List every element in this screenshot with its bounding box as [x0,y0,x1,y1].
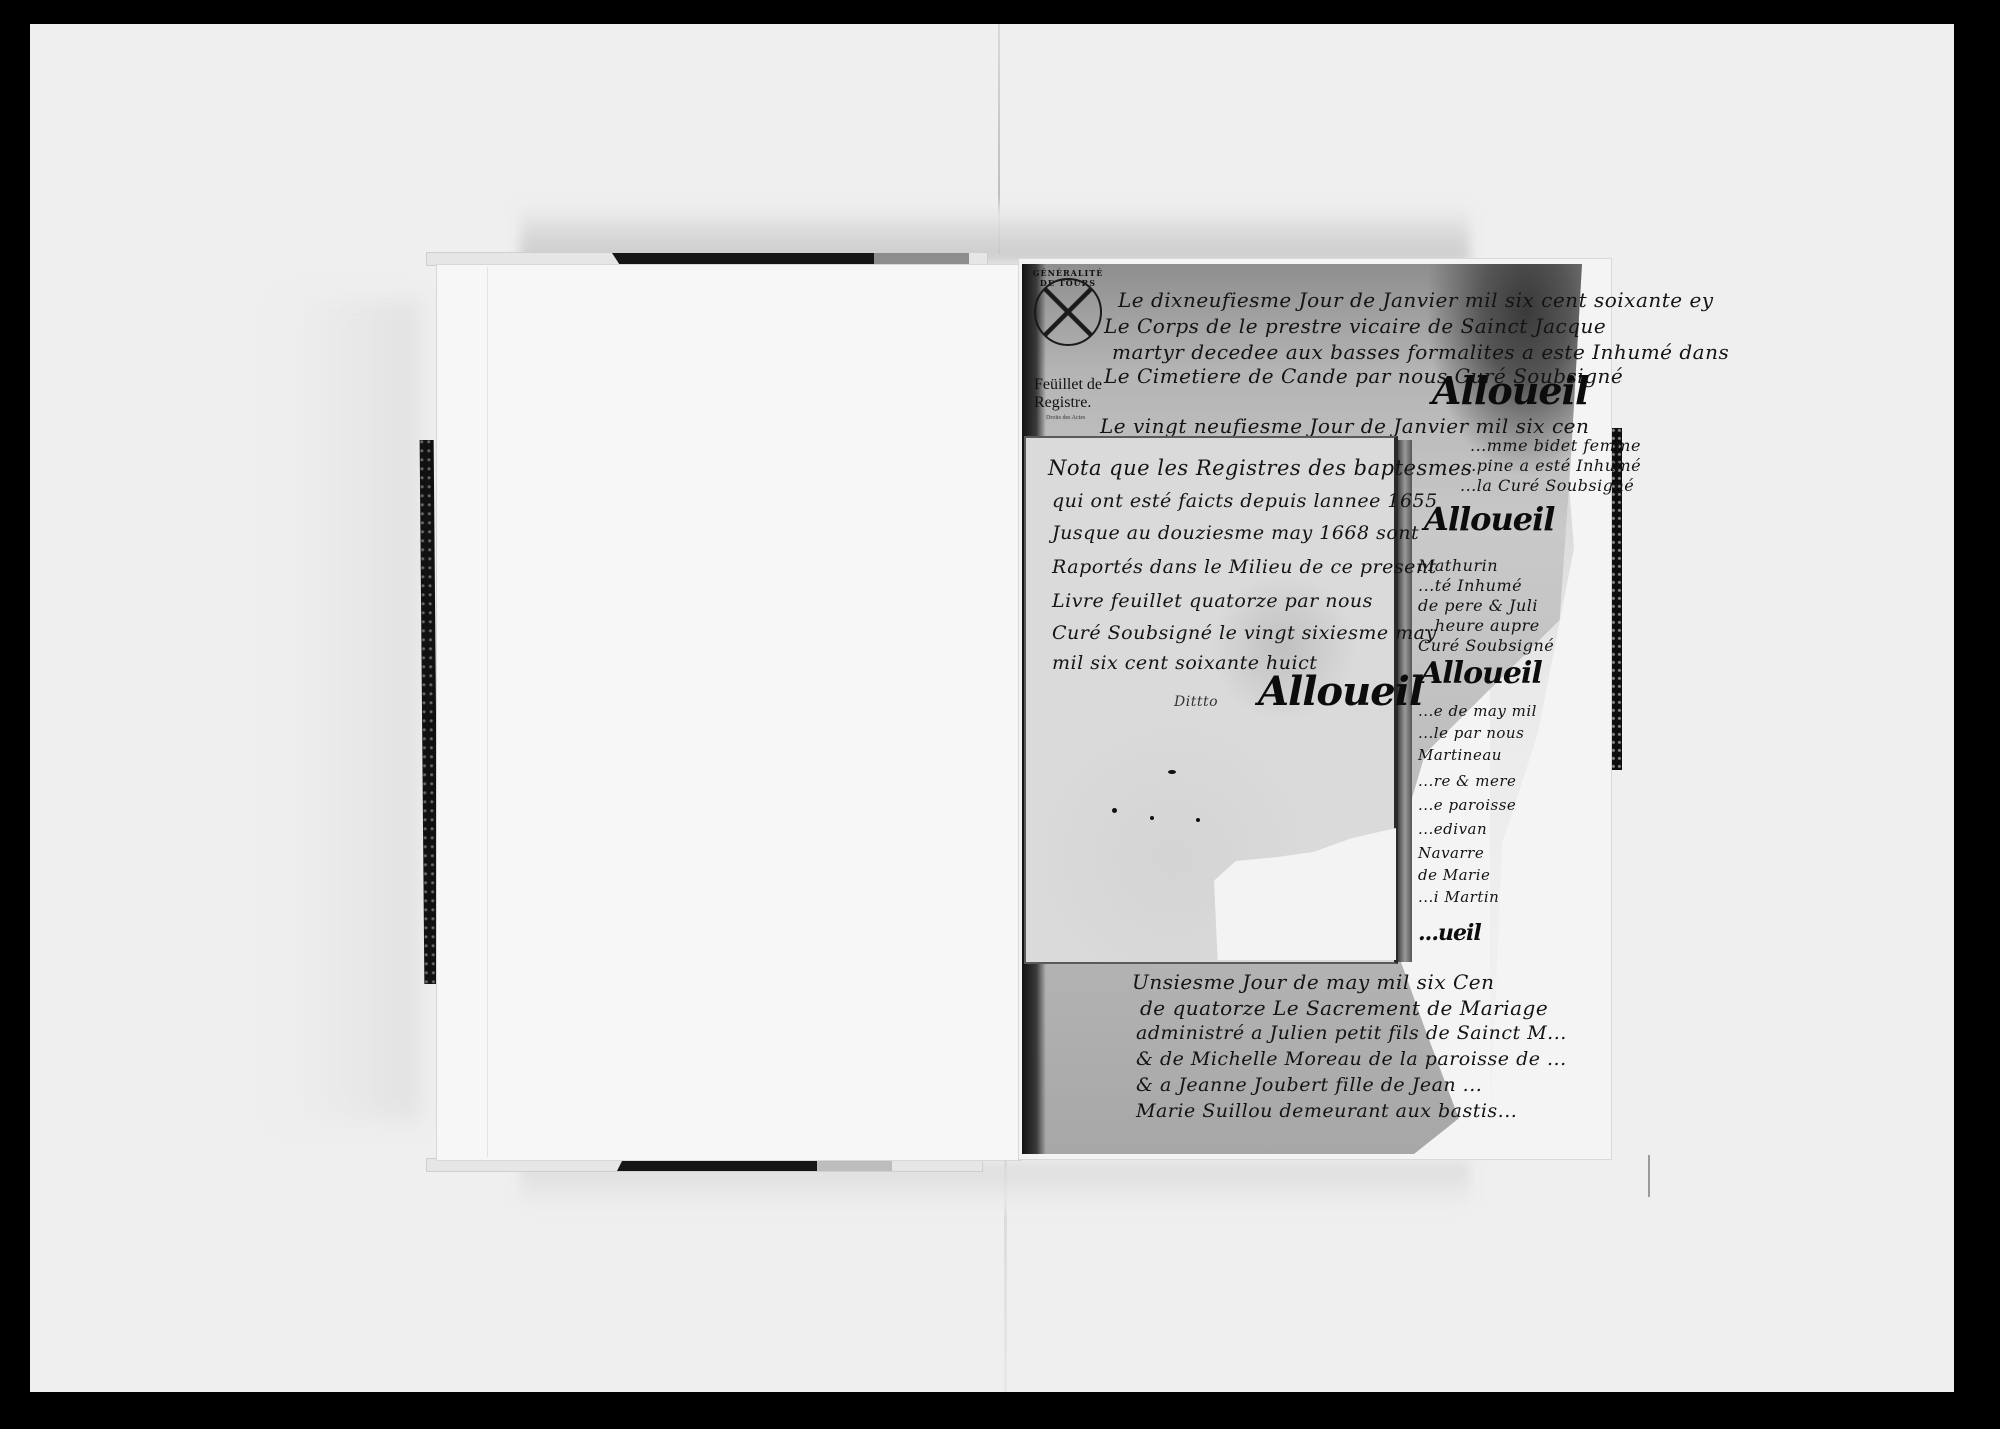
entry-line: de pere & Juli [1418,596,1538,615]
note-paraph: Dittto [1174,694,1218,710]
entry-line: ...e paroisse [1418,796,1516,814]
note-signature: Alloueil [1258,668,1423,715]
entry-line: de Marie [1418,866,1490,884]
note-line: Nota que les Registres des baptesmes [1048,456,1472,480]
entry-line: & a Jeanne Joubert fille de Jean ... [1136,1074,1482,1096]
priest-signature: ...ueil [1418,920,1481,946]
entry-line: & de Michelle Moreau de la paroisse de .… [1136,1048,1567,1070]
torn-corner [1214,828,1396,960]
entry-line: ...edivan [1418,820,1487,838]
entry-line: Unsiesme Jour de may mil six Cen [1132,970,1494,994]
page-margin-line [487,267,488,1157]
entry-line: martyr decedee aux basses formalites a e… [1112,340,1729,364]
entry-line: ...té Inhumé [1418,576,1522,595]
fiscal-stamp-icon [1034,278,1102,346]
entry-line: Le vingt neufiesme Jour de Janvier mil s… [1100,414,1589,438]
entry-line: Marie Suillou demeurant aux bastis... [1136,1100,1517,1122]
printed-small-text: Droits des Actes [1046,415,1085,421]
ink-blot [1112,808,1117,813]
entry-line: Le Corps de le prestre vicaire de Sainct… [1104,314,1606,338]
printed-label-line2: Registre. [1034,394,1102,412]
entry-line: ...re & mere [1418,772,1516,790]
ink-blot [1150,816,1154,820]
book-shadow-left [280,300,420,1120]
entry-line: ...pine a esté Inhumé [1460,456,1641,475]
entry-line: Martineau [1418,746,1502,764]
printed-label: Feüillet de Registre. [1034,376,1102,412]
note-line: qui ont esté faicts depuis lannee 1655 [1052,490,1438,512]
entry-line: Curé Soubsigné [1418,636,1554,655]
entry-line: ...le par nous [1418,724,1524,742]
entry-line: ...mme bidet femme [1470,436,1641,455]
priest-signature: Alloueil [1420,656,1542,691]
note-line: Jusque au douziesme may 1668 sont [1052,522,1419,544]
note-line: Raportés dans le Milieu de ce present [1052,556,1437,578]
printed-label-line1: Feüillet de [1034,376,1102,394]
entry-line: ...i Martin [1418,888,1499,906]
entry-line: administré a Julien petit fils de Sainct… [1136,1022,1567,1044]
priest-signature: Alloueil [1424,500,1554,538]
ink-blot [1196,818,1200,822]
note-line: Livre feuillet quatorze par nous [1052,590,1373,612]
entry-line: Navarre [1418,844,1484,862]
entry-line: ...e de may mil [1418,702,1537,720]
ink-blot [1168,770,1176,774]
scan-mark [1648,1155,1650,1197]
entry-line: ...la Curé Soubsigné [1460,476,1634,495]
priest-signature: Alloueil [1432,368,1588,413]
left-page-blank [436,264,1022,1161]
note-line: Curé Soubsigné le vingt sixiesme may [1052,622,1437,644]
entry-line: Le dixneufiesme Jour de Janvier mil six … [1118,288,1714,312]
entry-line: de quatorze Le Sacrement de Mariage [1140,996,1548,1020]
